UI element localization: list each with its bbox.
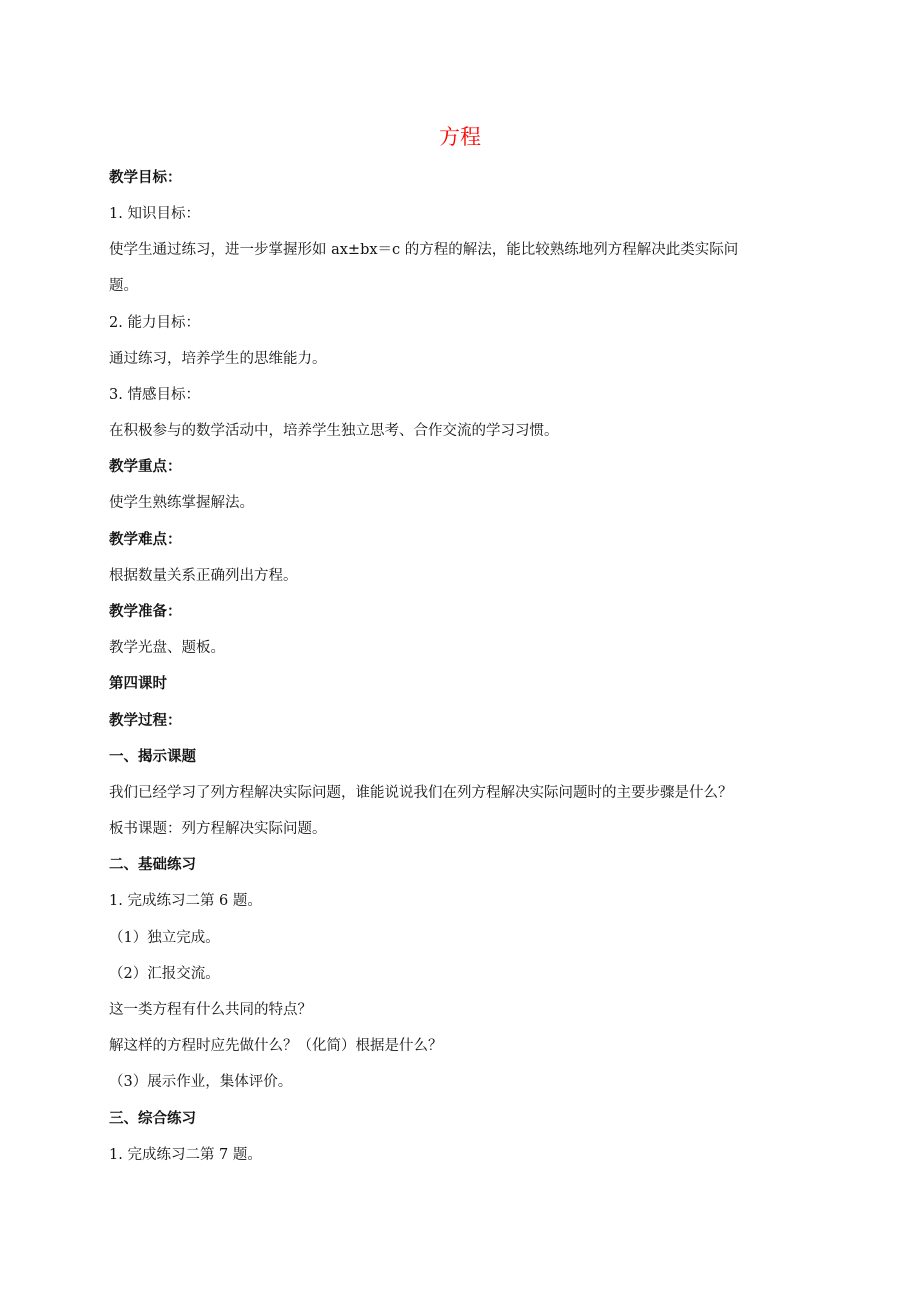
body-text-line: 1. 完成练习二第 6 题。 — [109, 891, 262, 911]
body-text-line: 教学光盘、题板。 — [109, 638, 225, 658]
body-text-line: 1. 知识目标： — [109, 204, 200, 224]
document-page: 方程 教学目标：1. 知识目标：使学生通过练习，进一步掌握形如 ax±bx＝c … — [0, 0, 920, 1302]
body-text-line: 这一类方程有什么共同的特点？ — [109, 1000, 312, 1020]
section-heading: 教学重点： — [109, 457, 182, 477]
section-heading: 教学难点： — [109, 530, 182, 550]
body-text-line: 使学生熟练掌握解法。 — [109, 493, 254, 513]
body-text-line: （2）汇报交流。 — [109, 964, 220, 984]
section-heading: 三、综合练习 — [109, 1109, 196, 1129]
body-text-line: 题。 — [109, 276, 138, 296]
section-heading: 教学过程： — [109, 711, 182, 731]
body-text-line: 根据数量关系正确列出方程。 — [109, 566, 298, 586]
body-text-line: 3. 情感目标： — [109, 385, 200, 405]
body-text-line: 使学生通过练习，进一步掌握形如 ax±bx＝c 的方程的解法，能比较熟练地列方程… — [109, 240, 738, 260]
document-title: 方程 — [0, 122, 920, 152]
body-text-line: （1）独立完成。 — [109, 928, 220, 948]
section-heading: 一、揭示课题 — [109, 747, 196, 767]
body-text-line: 板书课题：列方程解决实际问题。 — [109, 819, 327, 839]
body-text-line: 在积极参与的数学活动中，培养学生独立思考、合作交流的学习习惯。 — [109, 421, 559, 441]
body-text-line: 解这样的方程时应先做什么？（化简）根据是什么？ — [109, 1036, 443, 1056]
section-heading: 教学准备： — [109, 602, 182, 622]
body-text-line: 2. 能力目标： — [109, 313, 200, 333]
body-text-line: （3）展示作业，集体评价。 — [109, 1072, 292, 1092]
body-text-line: 我们已经学习了列方程解决实际问题，谁能说说我们在列方程解决实际问题时的主要步骤是… — [109, 783, 733, 803]
section-heading: 第四课时 — [109, 674, 167, 694]
body-text-line: 通过练习，培养学生的思维能力。 — [109, 349, 327, 369]
section-heading: 二、基础练习 — [109, 855, 196, 875]
section-heading: 教学目标： — [109, 168, 182, 188]
body-text-line: 1. 完成练习二第 7 题。 — [109, 1145, 262, 1165]
